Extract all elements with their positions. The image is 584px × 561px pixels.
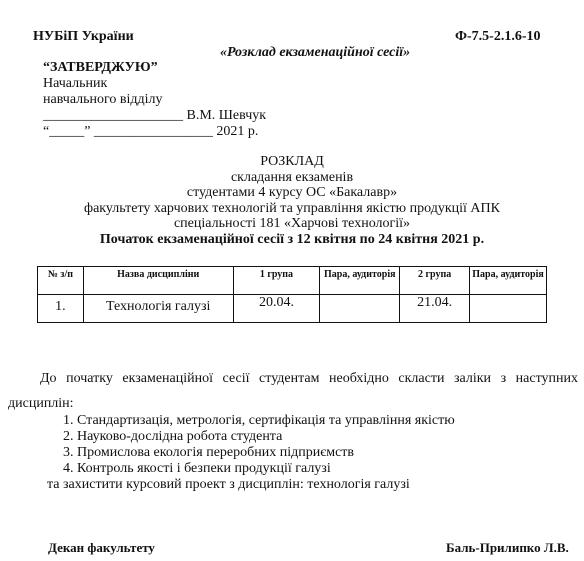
approval-block: “ЗАТВЕРДЖУЮ” Начальник навчального відді… <box>43 60 266 140</box>
table-header-row: № з/п Назва дисципліни 1 група Пара, ауд… <box>38 267 547 295</box>
schedule-heading: РОЗКЛАД <box>0 154 584 170</box>
approver-position-1: Начальник <box>43 76 266 92</box>
schedule-subtitle-3: факультету харчових технологій та управл… <box>0 201 584 217</box>
organization-name: НУБіП України <box>33 29 134 45</box>
cell-number: 1. <box>38 295 84 323</box>
list-item: 1. Стандартизація, метрологія, сертифіка… <box>63 413 455 429</box>
header-group-2: 2 група <box>400 267 470 295</box>
form-code: Ф-7.5-2.1.6-10 <box>455 29 541 45</box>
credits-intro-line-2: дисциплін: <box>8 396 74 411</box>
cell-pair-room-1 <box>320 295 400 323</box>
dean-label: Декан факультету <box>48 540 155 556</box>
document-title: «Розклад екзаменаційної сесії» <box>220 45 410 61</box>
header-discipline: Назва дисципліни <box>83 267 233 295</box>
approval-date: “_____” _________________ 2021 р. <box>43 124 266 140</box>
header-number: № з/п <box>38 267 84 295</box>
session-dates: Початок екзаменаційної сесії з 12 квітня… <box>0 232 584 248</box>
credits-intro: До початку екзаменаційної сесії студента… <box>8 366 578 416</box>
header-pair-room-2: Пара, аудиторія <box>470 267 547 295</box>
course-project-note: та захистити курсовий проект з дисциплін… <box>47 477 410 493</box>
schedule-subtitle-2: студентами 4 курсу ОС «Бакалавр» <box>0 185 584 201</box>
list-item: 3. Промислова екологія переробних підпри… <box>63 445 455 461</box>
header-pair-room-1: Пара, аудиторія <box>320 267 400 295</box>
credits-list: 1. Стандартизація, метрологія, сертифіка… <box>63 413 455 477</box>
cell-discipline: Технологія галузі <box>83 295 233 323</box>
approver-position-2: навчального відділу <box>43 92 266 108</box>
list-item: 4. Контроль якості і безпеки продукції г… <box>63 461 455 477</box>
exam-schedule-table: № з/п Назва дисципліни 1 група Пара, ауд… <box>37 266 547 323</box>
schedule-subtitle-1: складання екзаменів <box>0 170 584 186</box>
dean-name: Баль-Прилипко Л.В. <box>446 540 569 556</box>
cell-group-1-date: 20.04. <box>233 295 320 323</box>
cell-pair-room-2 <box>470 295 547 323</box>
schedule-title-block: РОЗКЛАД складання екзаменів студентами 4… <box>0 154 584 247</box>
schedule-subtitle-4: спеціальності 181 «Харчові технології» <box>0 216 584 232</box>
approval-stamp: “ЗАТВЕРДЖУЮ” <box>43 60 266 76</box>
approver-signature: ____________________ В.М. Шевчук <box>43 108 266 124</box>
cell-group-2-date: 21.04. <box>400 295 470 323</box>
table-row: 1. Технологія галузі 20.04. 21.04. <box>38 295 547 323</box>
header-group-1: 1 група <box>233 267 320 295</box>
list-item: 2. Науково-дослідна робота студента <box>63 429 455 445</box>
credits-intro-line-1: До початку екзаменаційної сесії студента… <box>8 366 578 391</box>
